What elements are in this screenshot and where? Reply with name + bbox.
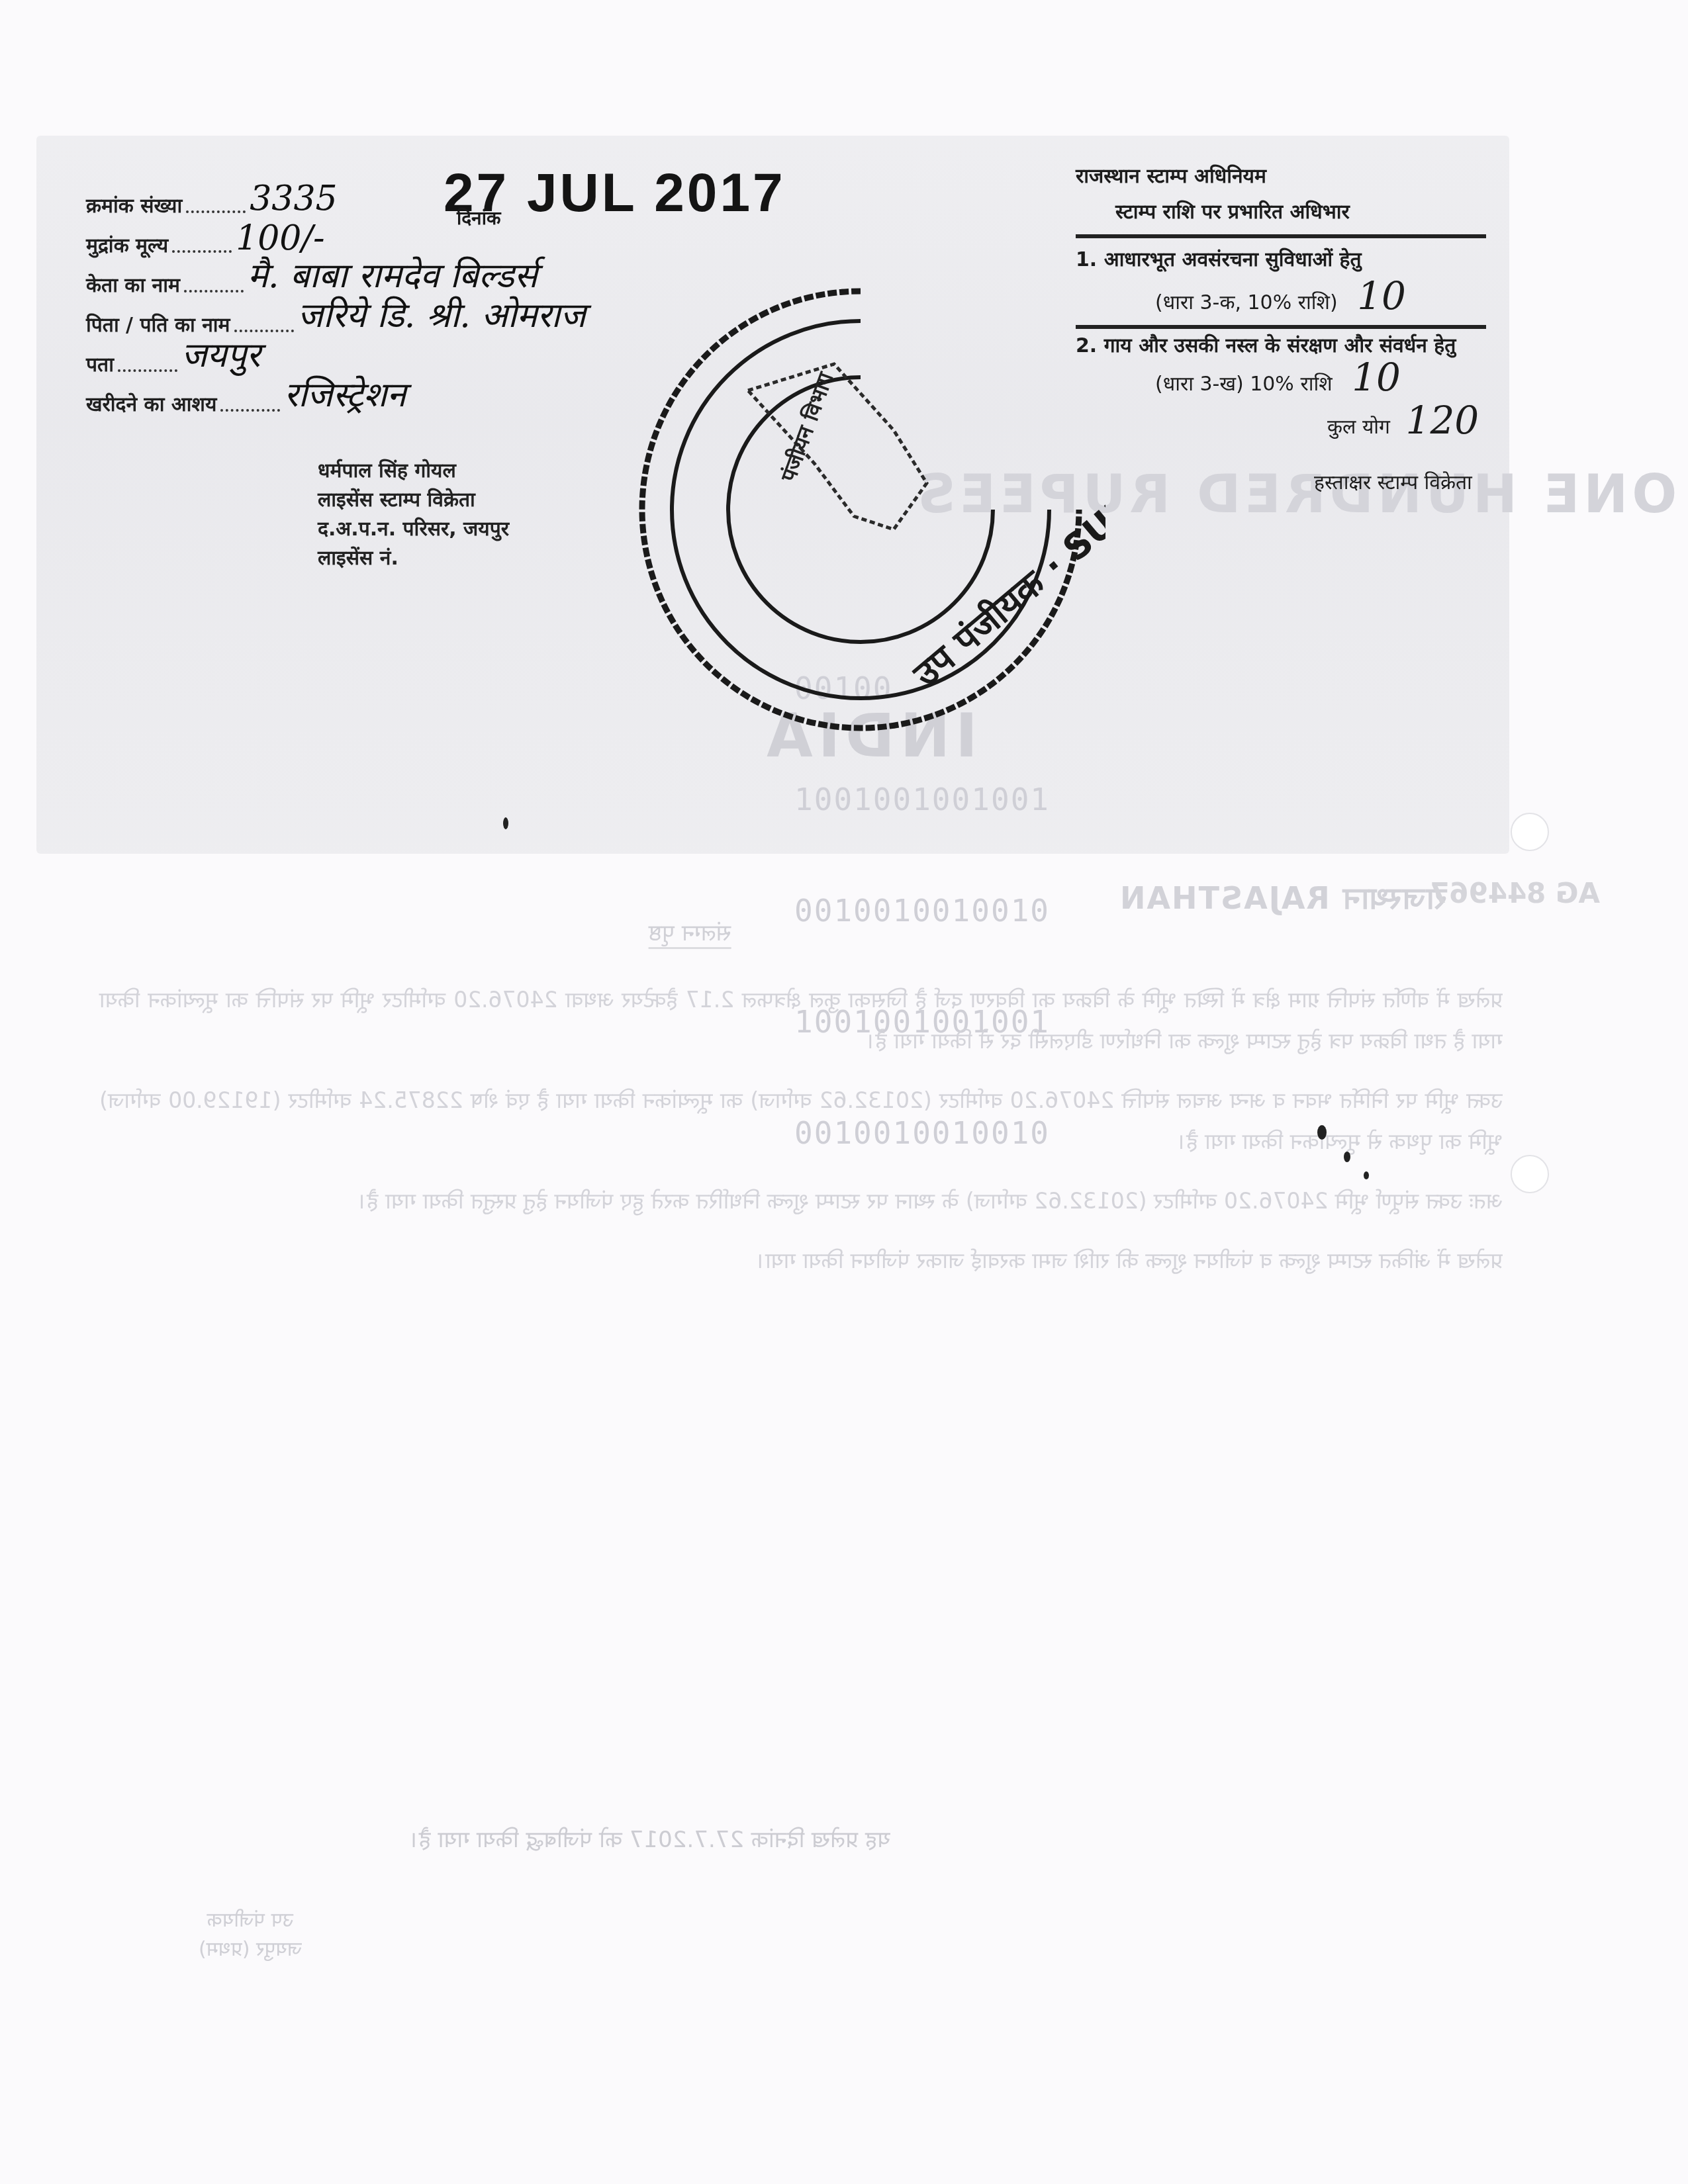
surcharge-1-amount: 10 [1357,273,1406,318]
serial-number: AG 844967 [1430,877,1600,909]
punch-hole [1511,813,1549,851]
svg-text:पंजीयन विभाग: पंजीयन विभाग [775,369,838,486]
punch-hole [1511,1155,1549,1193]
registration-date-line: यह प्रलेख दिनांक 27.7.2017 को पंजीबद्ध क… [410,1823,890,1854]
bleedthrough-body: प्रलेख में वर्णित संपत्ति ग्राम क्षेत्र … [99,979,1503,1300]
officer-signature: उप पंजीयक जयपुर (प्रथम) [199,1906,302,1964]
registrar-seal-icon: उप पंजीयक · SUB REGISTRAR पंजीयन विभाग [616,265,1105,754]
total-amount: 120 [1406,398,1479,443]
vendor-signature-label: हस्ताक्षर स्टाम्प विक्रेता [1076,465,1486,501]
field-serial: क्रमांक संख्या 3335 [86,179,847,218]
state-header: राजस्थान RAJASTHAN [1119,877,1447,918]
stamp-vendor-block: धर्मपाल सिंह गोयल लाइसेंस स्टाम्प विक्रे… [318,457,509,573]
surcharge-2-amount: 10 [1352,355,1401,400]
page-title: संलग्न पृष्ठ [649,917,731,949]
surcharge-block: राजस्थान स्टाम्प अधिनियम स्टाम्प राशि पर… [1076,159,1486,501]
